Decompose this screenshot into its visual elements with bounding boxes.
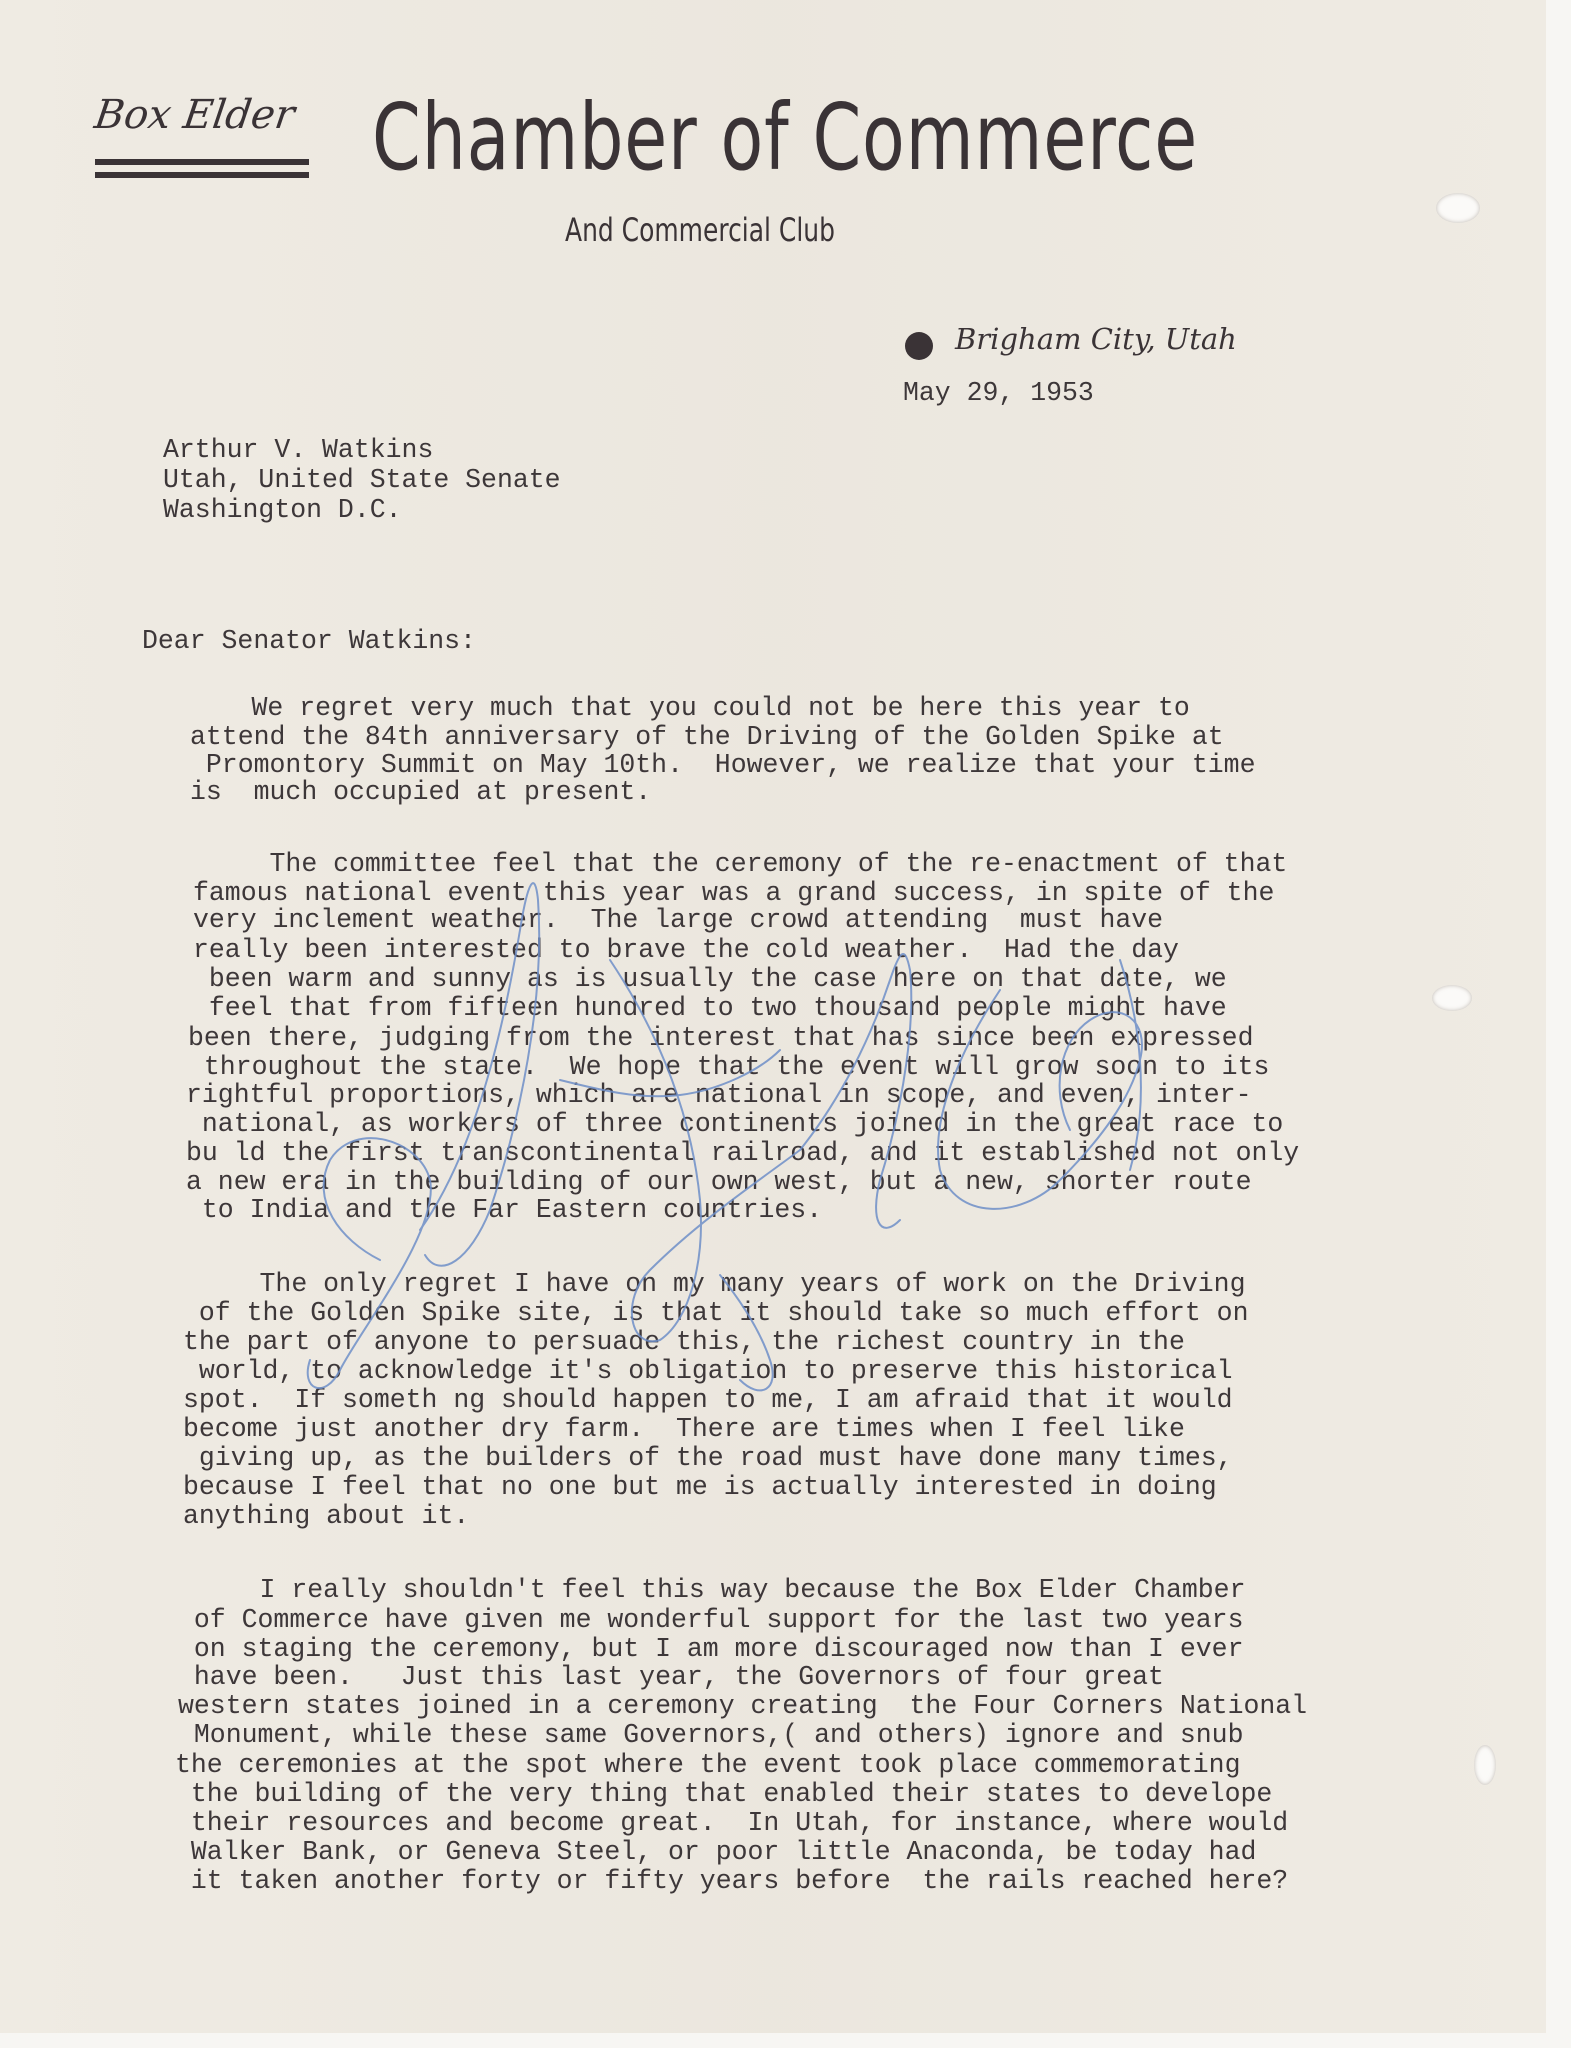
text-line: attend the 84th anniversary of the Drivi… bbox=[190, 724, 1224, 751]
text-line: rightful proportions, which are national… bbox=[186, 1082, 1251, 1109]
text-line: throughout the state. We hope that the e… bbox=[188, 1054, 1269, 1081]
text-line: because I feel that no one but me is act… bbox=[183, 1474, 1217, 1501]
text-line: The committee feel that the ceremony of … bbox=[190, 851, 1287, 878]
text-line: anything about it. bbox=[183, 1503, 469, 1530]
letterhead-location: Brigham City, Utah bbox=[955, 322, 1237, 356]
text-line: of the Golden Spike site, is that it sho… bbox=[183, 1300, 1248, 1327]
text-line: Promontory Summit on May 10th. However, … bbox=[190, 752, 1255, 779]
text-line: really been interested to brave the cold… bbox=[193, 937, 1179, 964]
text-line: feel that from fifteen hundred to two th… bbox=[193, 995, 1227, 1022]
salutation: Dear Senator Watkins: bbox=[142, 628, 476, 655]
punch-hole bbox=[1432, 985, 1472, 1011]
logo-rule-bottom bbox=[95, 172, 309, 178]
text-line: the part of anyone to persuade this, the… bbox=[183, 1329, 1185, 1356]
text-line: famous national event this year was a gr… bbox=[193, 880, 1274, 907]
letter-page: Box Elder Chamber of Commerce And Commer… bbox=[0, 0, 1546, 2033]
text-line: western states joined in a ceremony crea… bbox=[178, 1693, 1307, 1720]
text-line: national, as workers of three continents… bbox=[186, 1111, 1283, 1138]
text-line: I really shouldn't feel this way because… bbox=[180, 1577, 1245, 1604]
text-line: Walker Bank, or Geneva Steel, or poor li… bbox=[175, 1839, 1256, 1866]
text-line: their resources and become great. In Uta… bbox=[175, 1810, 1288, 1837]
letterhead-subtitle: And Commercial Club bbox=[565, 211, 835, 249]
text-line: world, to acknowledge it's obligation to… bbox=[183, 1358, 1233, 1385]
text-line: The only regret I have on my many years … bbox=[180, 1271, 1245, 1298]
text-line: been there, judging from the interest th… bbox=[188, 1025, 1253, 1052]
text-line: been warm and sunny as is usually the ca… bbox=[193, 966, 1227, 993]
text-line: spot. If someth ng should happen to me, … bbox=[183, 1387, 1233, 1414]
text-line: it taken another forty or fifty years be… bbox=[175, 1868, 1288, 1895]
text-line: the ceremonies at the spot where the eve… bbox=[175, 1752, 1240, 1779]
text-line: very inclement weather. The large crowd … bbox=[193, 907, 1163, 934]
text-line: We regret very much that you could not b… bbox=[172, 695, 1190, 722]
bullet-icon bbox=[905, 332, 933, 360]
logo-rule-top bbox=[95, 159, 309, 165]
letterhead-title: Chamber of Commerce bbox=[372, 92, 1198, 184]
letter-date: May 29, 1953 bbox=[903, 380, 1094, 407]
text-line: have been. Just this last year, the Gove… bbox=[178, 1664, 1164, 1691]
logo-script: Box Elder bbox=[92, 92, 298, 138]
recipient-line2: Utah, United State Senate bbox=[163, 467, 561, 494]
text-line: is much occupied at present. bbox=[190, 779, 651, 806]
text-line: on staging the ceremony, but I am more d… bbox=[178, 1636, 1243, 1663]
text-line: to India and the Far Eastern countries. bbox=[186, 1197, 822, 1224]
text-line: a new era in the building of our own wes… bbox=[186, 1169, 1251, 1196]
text-line: bu ld the first transcontinental railroa… bbox=[186, 1140, 1299, 1167]
recipient-name: Arthur V. Watkins bbox=[163, 437, 433, 464]
text-line: the building of the very thing that enab… bbox=[175, 1781, 1272, 1808]
punch-hole bbox=[1474, 1745, 1496, 1785]
punch-hole bbox=[1436, 193, 1480, 223]
recipient-line3: Washington D.C. bbox=[163, 497, 402, 524]
text-line: become just another dry farm. There are … bbox=[183, 1416, 1185, 1443]
text-line: giving up, as the builders of the road m… bbox=[183, 1445, 1233, 1472]
text-line: of Commerce have given me wonderful supp… bbox=[178, 1607, 1243, 1634]
text-line: Monument, while these same Governors,( a… bbox=[178, 1722, 1243, 1749]
